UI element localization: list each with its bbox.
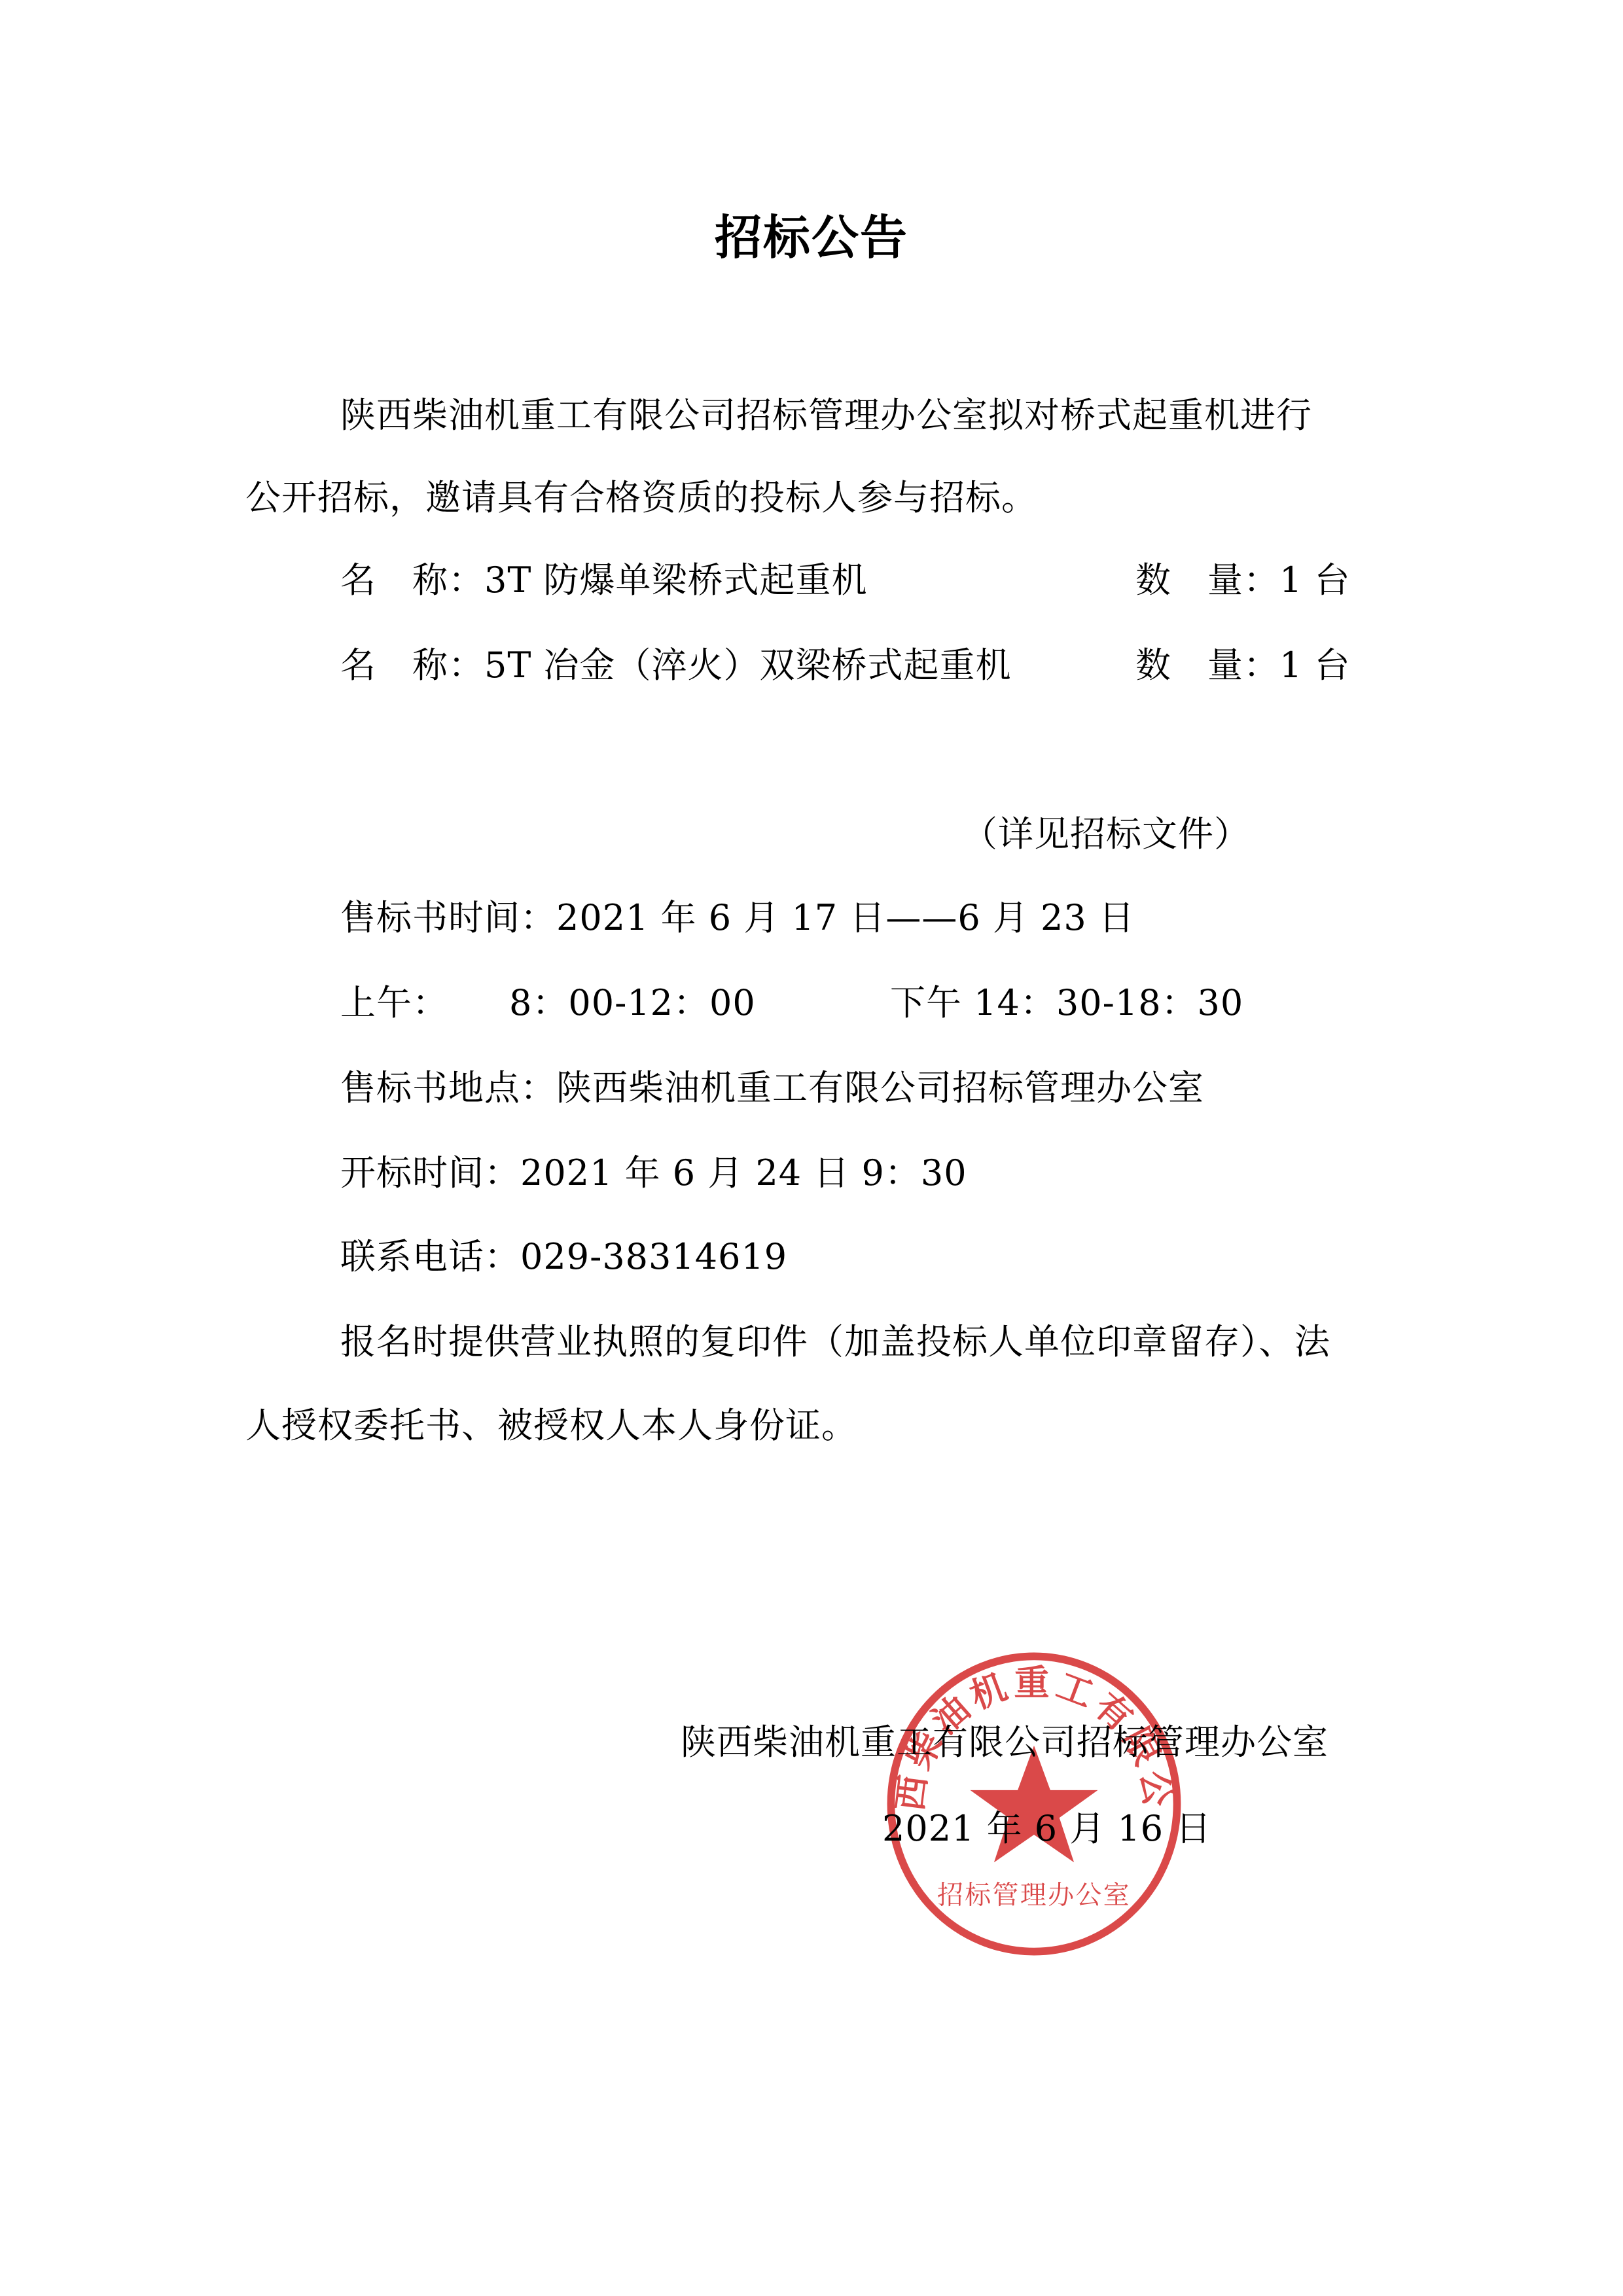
intro-line-1: 陕西柴油机重工有限公司招标管理办公室拟对桥式起重机进行 <box>340 393 1312 438</box>
item-2-qty-row: 数 量：1 台 <box>1135 643 1351 688</box>
sale-time-value: 2021 年 6 月 17 日——6 月 23 日 <box>556 897 1135 938</box>
item-2-qty-label: 数 量： <box>1135 645 1279 686</box>
signature-date: 2021 年 6 月 16 日 <box>882 1806 1211 1852</box>
intro-line-2: 公开招标，邀请具有合格资质的投标人参与招标。 <box>245 475 1037 521</box>
item-1-qty-label: 数 量： <box>1135 559 1279 601</box>
see-tender-documents: （详见招标文件） <box>962 811 1250 857</box>
item-1-qty-row: 数 量：1 台 <box>1135 557 1351 603</box>
am-value: 8：00-12：00 <box>509 980 756 1026</box>
signature-organization: 陕西柴油机重工有限公司招标管理办公室 <box>681 1720 1329 1765</box>
sale-time-label: 售标书时间： <box>340 897 556 938</box>
stamp-inner-text: 招标管理办公室 <box>937 1881 1131 1911</box>
sale-place-row: 售标书地点：陕西柴油机重工有限公司招标管理办公室 <box>340 1065 1204 1111</box>
requirements-line-1: 报名时提供营业执照的复印件（加盖投标人单位印章留存）、法 <box>340 1319 1330 1365</box>
requirements-line-2: 人授权委托书、被授权人本人身份证。 <box>245 1403 857 1449</box>
item-1-qty-value: 1 台 <box>1279 559 1351 601</box>
pm-label: 下午 <box>890 982 962 1023</box>
phone-row: 联系电话：029-38314619 <box>340 1234 787 1280</box>
item-2-name-label: 名 称： <box>340 645 484 686</box>
sale-place-label: 售标书地点： <box>340 1067 556 1108</box>
sale-time-row: 售标书时间：2021 年 6 月 17 日——6 月 23 日 <box>340 895 1135 941</box>
am-label: 上午： <box>340 982 448 1023</box>
item-1-name-row: 名 称：3T 防爆单梁桥式起重机 <box>340 557 868 603</box>
open-time-value: 2021 年 6 月 24 日 9：30 <box>520 1152 967 1193</box>
sale-place-value: 陕西柴油机重工有限公司招标管理办公室 <box>556 1067 1204 1108</box>
phone-label: 联系电话： <box>340 1236 520 1277</box>
hours-am-row: 上午： <box>340 980 448 1026</box>
official-seal-stamp: 陕西柴油机重工有限公司 招标管理办公室 <box>880 1650 1188 1958</box>
item-1-name-label: 名 称： <box>340 559 484 601</box>
open-time-row: 开标时间：2021 年 6 月 24 日 9：30 <box>340 1150 967 1196</box>
pm-value: 14：30-18：30 <box>974 982 1243 1023</box>
item-2-qty-value: 1 台 <box>1279 645 1351 686</box>
item-1-name-value: 3T 防爆单梁桥式起重机 <box>484 559 868 601</box>
item-2-name-value: 5T 冶金（淬火）双梁桥式起重机 <box>484 645 1012 686</box>
open-time-label: 开标时间： <box>340 1152 520 1193</box>
announcement-page: 招标公告 陕西柴油机重工有限公司招标管理办公室拟对桥式起重机进行 公开招标，邀请… <box>0 0 1623 2296</box>
hours-pm-row: 下午 14：30-18：30 <box>890 980 1243 1026</box>
phone-value: 029-38314619 <box>520 1236 787 1277</box>
item-2-name-row: 名 称：5T 冶金（淬火）双梁桥式起重机 <box>340 643 1012 688</box>
page-title: 招标公告 <box>0 208 1623 267</box>
